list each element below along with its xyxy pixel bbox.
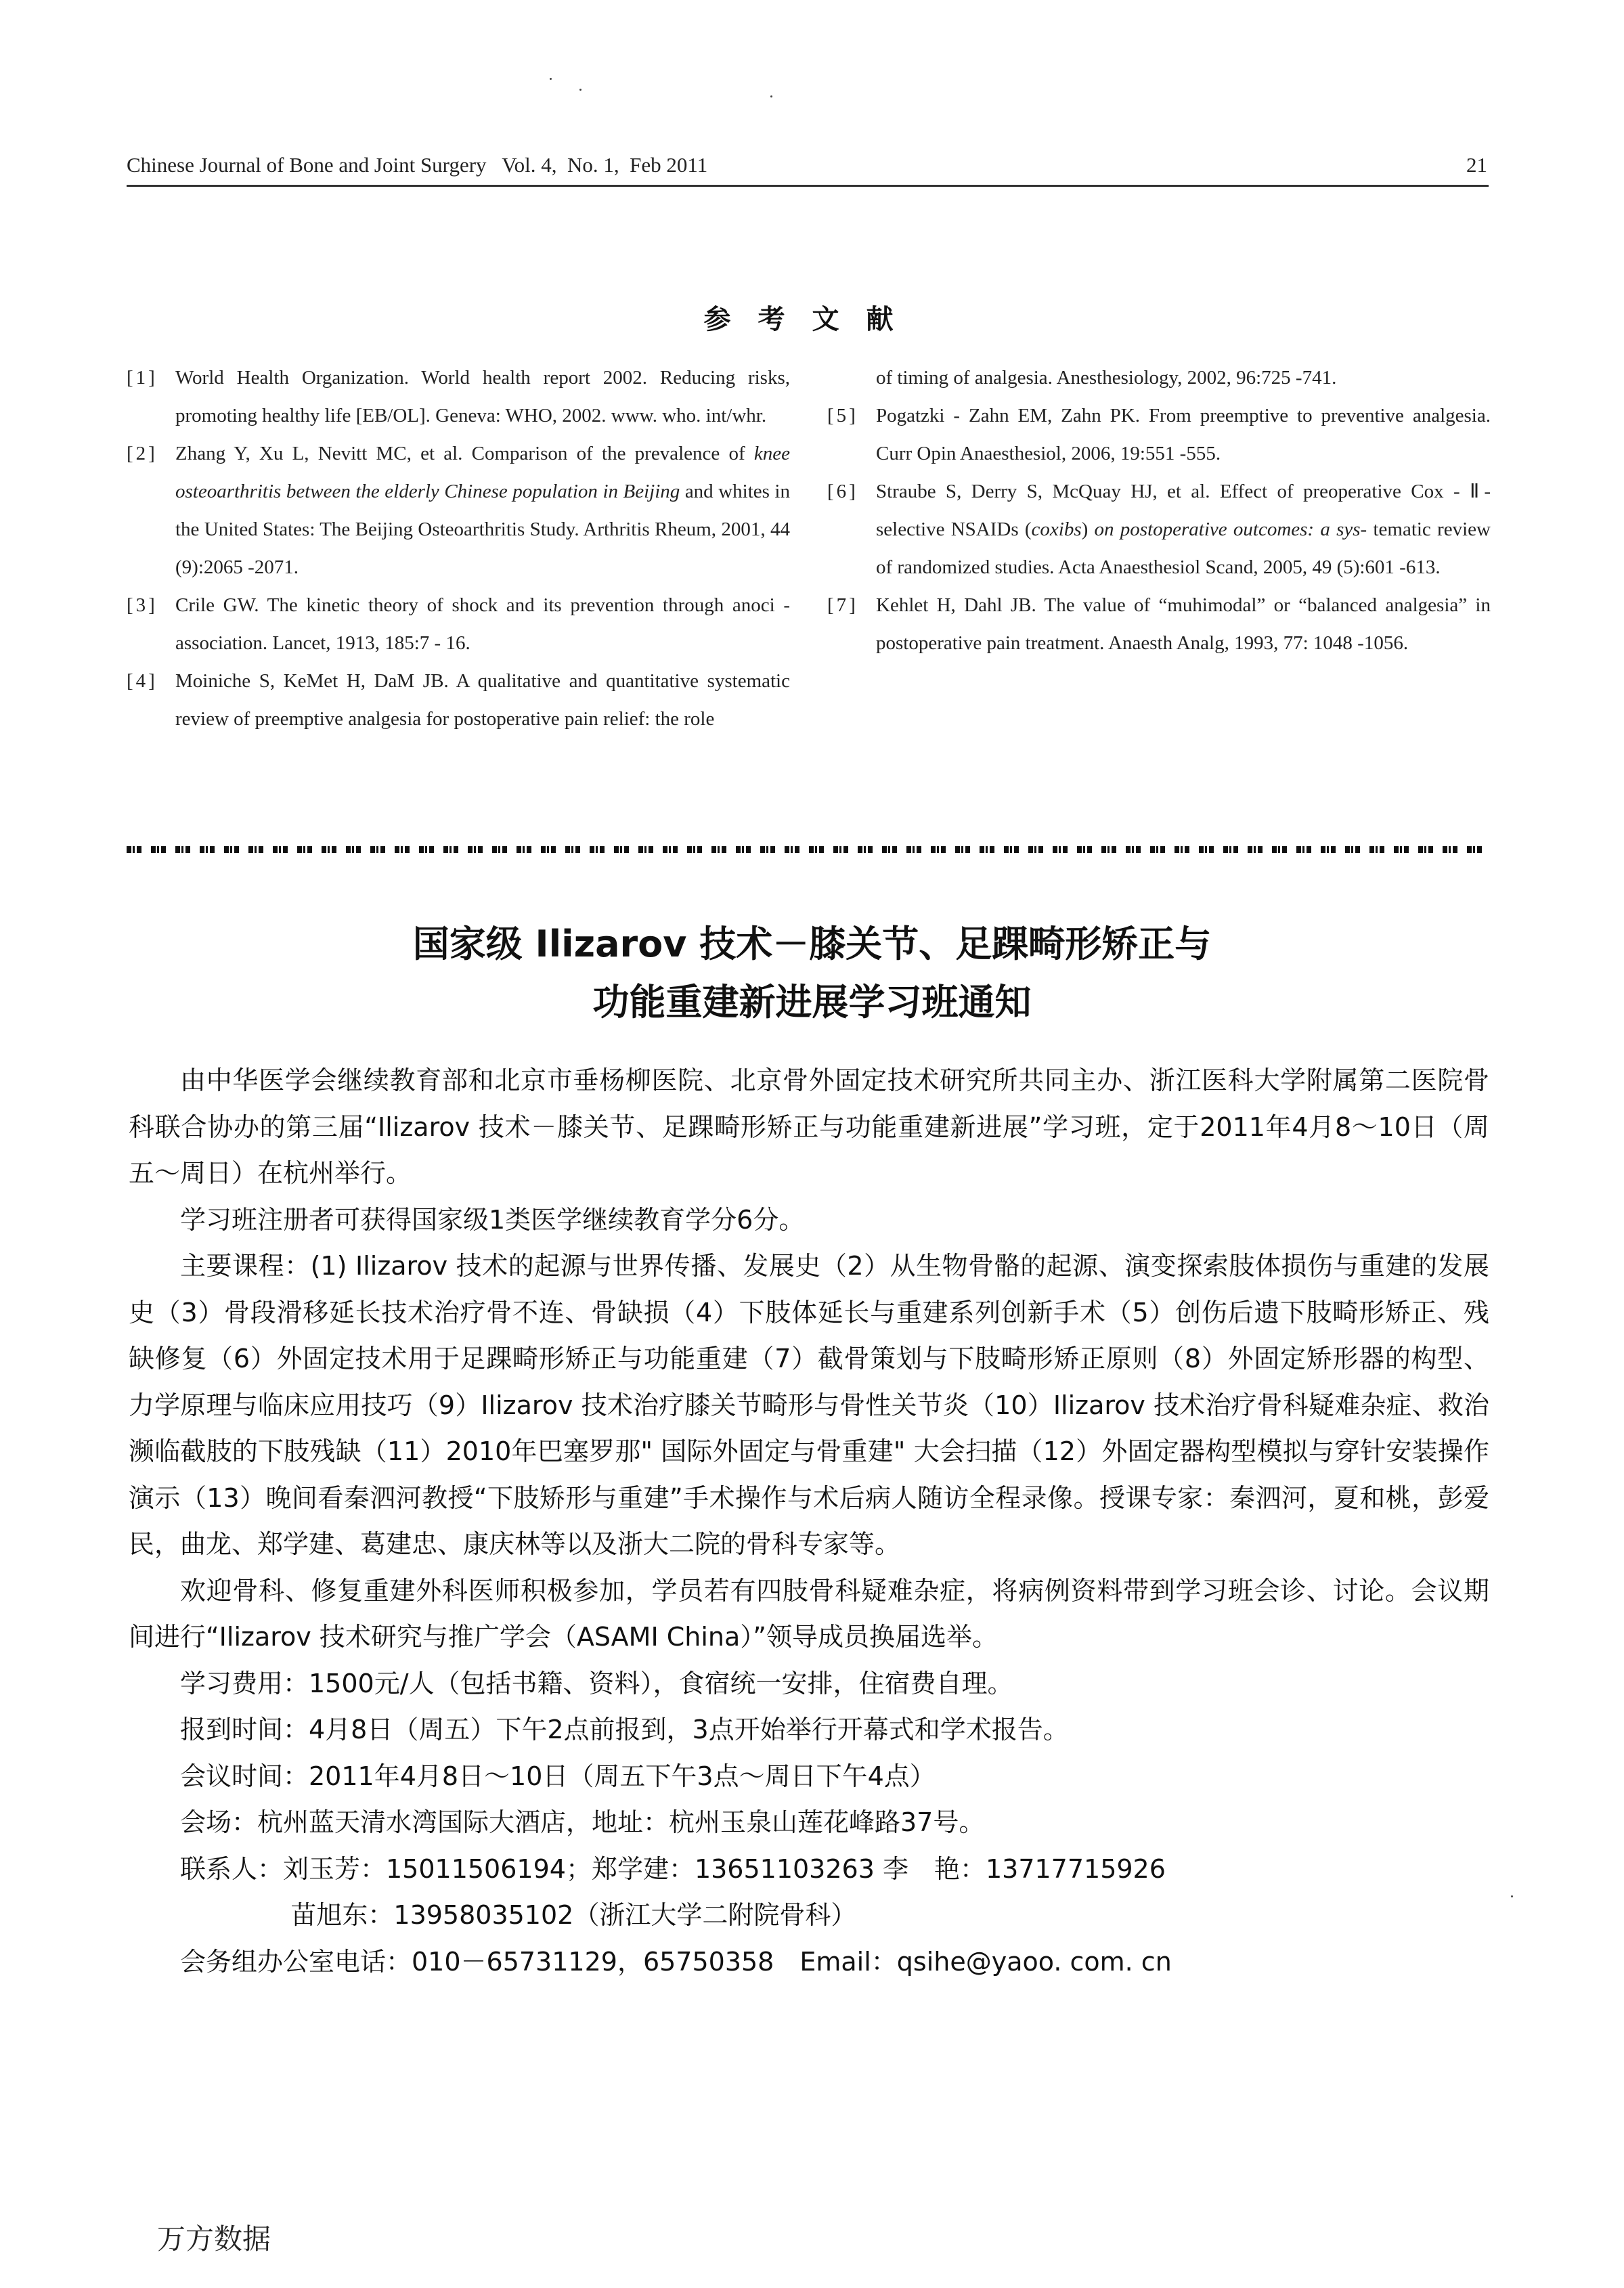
reference-item: [6] Straube S, Derry S, McQuay HJ, et al… — [827, 472, 1491, 586]
welcome-paragraph: 欢迎骨科、修复重建外科医师积极参加，学员若有四肢骨科疑难杂症，将病例资料带到学习… — [129, 1568, 1489, 1660]
courses-paragraph: 主要课程：(1) Ilizarov 技术的起源与世界传播、发展史（2）从生物骨骼… — [129, 1243, 1489, 1568]
reference-number: [5] — [827, 397, 858, 435]
reference-number: [1] — [127, 359, 158, 397]
notice-title-line-2: 功能重建新进展学习班通知 — [0, 973, 1624, 1026]
reference-number: [7] — [827, 586, 858, 624]
reference-item: [5] Pogatzki - Zahn EM, Zahn PK. From pr… — [827, 397, 1491, 472]
reference-item: [3] Crile GW. The kinetic theory of shoc… — [127, 586, 790, 662]
reference-item: [1] World Health Organization. World hea… — [127, 359, 790, 435]
scan-speck — [770, 95, 772, 97]
running-head: Chinese Journal of Bone and Joint Surger… — [127, 153, 1487, 180]
reference-item: [7] Kehlet H, Dahl JB. The value of “muh… — [827, 586, 1491, 662]
intro-paragraph: 由中华医学会继续教育部和北京市垂杨柳医院、北京骨外固定技术研究所共同主办、浙江医… — [129, 1057, 1489, 1197]
reference-text: Pogatzki - Zahn EM, Zahn PK. From preemp… — [876, 405, 1491, 464]
reference-text: Crile GW. The kinetic theory of shock an… — [175, 594, 790, 654]
scan-speck — [579, 89, 581, 91]
fee-line: 学习费用：1500元/人（包括书籍、资料），食宿统一安排，住宿费自理。 — [129, 1660, 1489, 1707]
reference-text: Zhang Y, Xu L, Nevitt MC, et al. Compari… — [175, 443, 754, 464]
reference-number: [3] — [127, 586, 158, 624]
reference-item: [4] Moiniche S, KeMet H, DaM JB. A quali… — [127, 662, 790, 738]
references-left-column: [1] World Health Organization. World hea… — [127, 359, 790, 738]
registration-time-line: 报到时间：4月8日（周五）下午2点前报到，3点开始举行开幕式和学术报告。 — [129, 1707, 1489, 1753]
header-rule — [127, 185, 1489, 187]
contacts-line: 联系人：刘玉芳：15011506194；郑学建：13651103263 李 艳：… — [129, 1846, 1489, 1893]
references-heading: 参考文献 — [0, 298, 1624, 336]
reference-number: [2] — [127, 435, 158, 472]
reference-text: World Health Organization. World health … — [175, 367, 790, 426]
reference-italic-text: on postoperative outcomes: a sys- — [1095, 519, 1367, 540]
credit-paragraph: 学习班注册者可获得国家级1类医学继续教育学分6分。 — [129, 1197, 1489, 1244]
reference-number: [4] — [127, 662, 158, 700]
reference-italic-text: coxibs — [1032, 519, 1082, 540]
notice-body: 由中华医学会继续教育部和北京市垂杨柳医院、北京骨外固定技术研究所共同主办、浙江医… — [129, 1057, 1489, 1985]
page-number: 21 — [1466, 153, 1487, 177]
reference-item: [2] Zhang Y, Xu L, Nevitt MC, et al. Com… — [127, 435, 790, 586]
meeting-time-line: 会议时间：2011年4月8日～10日（周五下午3点～周日下午4点） — [129, 1753, 1489, 1800]
journal-citation: Chinese Journal of Bone and Joint Surger… — [127, 153, 707, 177]
venue-line: 会场：杭州蓝天清水湾国际大酒店，地址：杭州玉泉山莲花峰路37号。 — [129, 1799, 1489, 1846]
reference-text: ) — [1082, 519, 1095, 540]
reference-continuation: of timing of analgesia. Anesthesiology, … — [827, 359, 1491, 397]
scan-speck — [550, 78, 552, 80]
reference-text: Moiniche S, KeMet H, DaM JB. A qualitati… — [175, 670, 790, 730]
wanfang-watermark: 万方数据 — [157, 2217, 271, 2258]
ornamental-divider — [127, 846, 1489, 853]
notice-title-line-1: 国家级 Ilizarov 技术－膝关节、足踝畸形矫正与 — [0, 915, 1624, 967]
contacts-continuation: 苗旭东：13958035102（浙江大学二附院骨科） — [129, 1892, 1489, 1939]
reference-text: Kehlet H, Dahl JB. The value of “muhimod… — [876, 594, 1491, 654]
scan-speck — [1511, 1895, 1513, 1897]
office-contact-line: 会务组办公室电话：010－65731129，65750358 Email：qsi… — [129, 1939, 1489, 1985]
reference-text: of timing of analgesia. Anesthesiology, … — [876, 367, 1336, 389]
reference-number: [6] — [827, 472, 858, 510]
references-right-column: of timing of analgesia. Anesthesiology, … — [827, 359, 1491, 662]
